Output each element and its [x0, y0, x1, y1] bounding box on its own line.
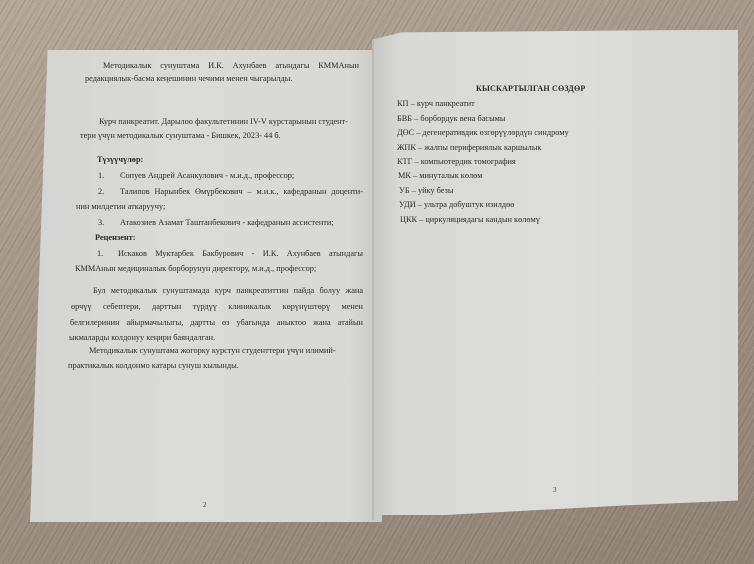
abstract-line-2: өрчүү себептери, дарттын түрдүү клиникал…	[71, 302, 363, 312]
author-number: 3.	[98, 218, 104, 228]
abbreviation-term: КТГ	[397, 157, 412, 166]
abbreviation-separator: –	[412, 157, 420, 166]
reviewer-name: Искаков Муктарбек Бакбурович - И.К. Ахун…	[118, 249, 363, 259]
page-number-right: 3	[553, 485, 557, 495]
abbreviation-meaning: минуталык көлөм	[419, 171, 482, 180]
abbreviation-separator: –	[411, 171, 419, 180]
author-number: 2.	[98, 187, 104, 197]
abbreviations-title: КЫСКАРТЫЛГАН СӨЗДӨР	[476, 84, 586, 94]
abbreviation-term: МК	[398, 171, 411, 180]
abbreviation-term: БВБ	[397, 114, 412, 123]
abbreviation-term: ЦКК	[400, 215, 417, 224]
abbreviation-item: КП – курч панкреатит	[397, 99, 475, 108]
abbreviation-meaning: курч панкреатит	[417, 99, 475, 108]
abbreviation-meaning: компьютердик томография	[421, 157, 516, 166]
author-name: Атакозиев Азамат Таштанбекович - кафедра…	[120, 218, 334, 228]
abbreviation-item: УДИ – ультра добуштук изилдөө	[399, 200, 514, 209]
abstract-line-1: Бул методикалык сунуштамада курч панкреа…	[93, 286, 363, 296]
abbreviation-item: БВБ – борбордук вена басымы	[397, 114, 506, 123]
abbreviation-separator: –	[416, 200, 424, 209]
author-role-continued: нин милдетин аткаруучу;	[76, 202, 165, 212]
authors-heading: Түзүүчүлөр:	[97, 155, 143, 165]
abbreviation-term: УБ	[399, 186, 410, 195]
reviewer-role-continued: КММАнын медициналык борборунун директору…	[75, 264, 316, 274]
citation-line-1: Курч панкреатит. Дарылоо факультетинин I…	[99, 117, 348, 127]
recommendation-line-1: Методикалык сунуштама жогорку курстун ст…	[89, 346, 336, 356]
abbreviation-item: КТГ – компьютердик томография	[397, 157, 516, 166]
abbreviation-item: ДӨС – дегенеративдик өзгөрүүлөрдүн синдр…	[397, 128, 569, 137]
abbreviation-item: ЖПК – жалпы перифериялык каршылык	[397, 143, 541, 152]
abbreviation-meaning: циркуляциядагы кандын көлөмү	[425, 215, 540, 224]
abbreviation-separator: –	[409, 99, 417, 108]
abstract-line-4: ыкмаларды колдонуу кеңири баяндалган.	[69, 333, 215, 343]
abbreviation-meaning: жалпы перифериялык каршылык	[424, 143, 541, 152]
author-name: Сопуев Андрей Асанкулович - м.и.д., проф…	[120, 171, 294, 181]
abstract-line-3: белгилеринин айырмачылыгы, дартты өз уба…	[70, 318, 363, 328]
abbreviation-item: ЦКК – циркуляциядагы кандын көлөмү	[400, 215, 540, 224]
publisher-note-line-2: редакциялык-басма кеңешинин чечими менен…	[85, 74, 292, 84]
abbreviation-term: ЖПК	[397, 143, 416, 152]
book-spine	[372, 40, 374, 520]
abbreviation-meaning: ультра добуштук изилдөө	[424, 200, 514, 209]
abbreviation-meaning: борбордук вена басымы	[420, 114, 505, 123]
abbreviation-term: ДӨС	[397, 128, 414, 137]
author-name: Талипов Нарынбек Өмүрбекович – м.и.к., к…	[120, 187, 363, 197]
abbreviation-meaning: дегенеративдик өзгөрүүлөрдүн синдрому	[422, 128, 568, 137]
reviewer-heading: Рецензент:	[95, 233, 136, 243]
recommendation-line-2: практикалык колдонмо катары сунуш кылынд…	[68, 361, 239, 371]
reviewer-number: 1.	[97, 249, 103, 259]
page-number-left: 2	[203, 500, 207, 510]
author-number: 1.	[98, 171, 104, 181]
abbreviation-term: УДИ	[399, 200, 416, 209]
publisher-note-line-1: Методикалык сунуштама И.К. Ахунбаев атын…	[103, 61, 359, 71]
abbreviation-item: МК – минуталык көлөм	[398, 171, 483, 180]
citation-line-2: тери үчүн методикалык сунуштама - Бишкек…	[80, 131, 281, 141]
abbreviation-term: КП	[397, 99, 409, 108]
abbreviation-meaning: уйку безы	[418, 186, 453, 195]
abbreviation-separator: –	[410, 186, 418, 195]
abbreviation-item: УБ – уйку безы	[399, 186, 453, 195]
